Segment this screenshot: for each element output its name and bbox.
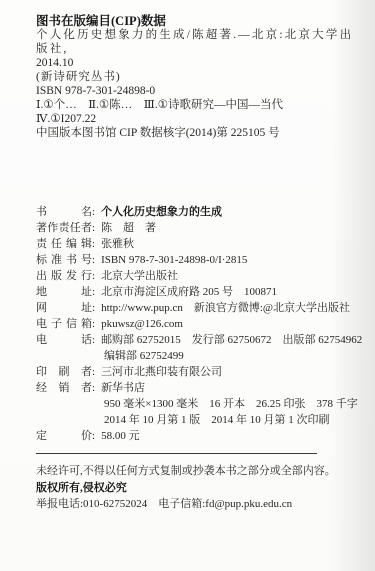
colophon-label: 定价 bbox=[36, 428, 92, 444]
colophon-label: 标准书号 bbox=[36, 252, 92, 268]
colophon-value: 三河市北燕印装有限公司 bbox=[101, 364, 222, 380]
colophon-label: 责任编辑 bbox=[36, 236, 92, 252]
colophon-colon bbox=[92, 252, 95, 268]
colophon-colon bbox=[92, 316, 95, 332]
colophon-row: 950 毫米×1300 毫米 16 开本 26.25 印张 378 千字 bbox=[36, 396, 355, 412]
copy-prohibition-notice: 未经许可,不得以任何方式复制或抄袭本书之部分或全部内容。 bbox=[36, 463, 355, 480]
colophon-label: 书名 bbox=[36, 204, 92, 220]
colophon-value: 2014 年 10 月第 1 版 2014 年 10 月第 1 次印刷 bbox=[104, 412, 330, 428]
colophon-row: 网址http://www.pup.cn 新浪官方微博:@北京大学出版社 bbox=[36, 300, 355, 316]
colophon-value: 编辑部 62752499 bbox=[104, 348, 184, 364]
colophon-row: 地址北京市海淀区成府路 205 号 100871 bbox=[36, 284, 355, 300]
colophon-row: 出版发行北京大学出版社 bbox=[36, 268, 355, 284]
colophon-row: 著作责任者陈 超 著 bbox=[36, 220, 355, 236]
colophon-colon bbox=[92, 364, 95, 380]
cip-isbn-line: ISBN 978-7-301-24898-0 bbox=[36, 84, 355, 98]
colophon-label: 印刷者 bbox=[36, 364, 92, 380]
colophon-label: 经销者 bbox=[36, 380, 92, 396]
cip-record-number: 中国版本图书馆 CIP 数据核字(2014)第 225105 号 bbox=[36, 126, 355, 140]
colophon-colon bbox=[92, 268, 95, 284]
colophon-colon bbox=[92, 204, 95, 220]
colophon-row: 标准书号ISBN 978-7-301-24898-0/I·2815 bbox=[36, 252, 355, 268]
cip-classification-line-1: Ⅰ.①个… Ⅱ.①陈… Ⅲ.①诗歌研究—中国—当代 bbox=[36, 98, 355, 112]
colophon-row: 经销者新华书店 bbox=[36, 380, 355, 396]
report-contact-line: 举报电话:010-62752024 电子信箱:fd@pup.pku.edu.cn bbox=[36, 496, 355, 513]
copyright-statement: 版权所有,侵权必究 bbox=[36, 480, 355, 497]
colophon-value: 950 毫米×1300 毫米 16 开本 26.25 印张 378 千字 bbox=[104, 396, 358, 412]
colophon-label: 地址 bbox=[36, 284, 92, 300]
colophon-colon bbox=[92, 332, 95, 348]
colophon-row: 定价58.00 元 bbox=[36, 428, 355, 444]
cip-block: 图书在版编目(CIP)数据 个人化历史想象力的生成/陈超著.—北京:北京大学出版… bbox=[36, 14, 355, 140]
colophon-row: 电话邮购部 62752015 发行部 62750672 出版部 62754962 bbox=[36, 332, 355, 348]
colophon-block: 书名个人化历史想象力的生成著作责任者陈 超 著责任编辑张雅秋标准书号ISBN 9… bbox=[36, 204, 355, 444]
colophon-value: 张雅秋 bbox=[101, 236, 134, 252]
colophon-colon bbox=[92, 236, 95, 252]
colophon-value: 邮购部 62752015 发行部 62750672 出版部 62754962 bbox=[101, 332, 362, 348]
colophon-label: 著作责任者 bbox=[36, 220, 92, 236]
colophon-value: pkuwsz@126.com bbox=[101, 316, 183, 332]
colophon-row: 电子信箱pkuwsz@126.com bbox=[36, 316, 355, 332]
colophon-value: http://www.pup.cn 新浪官方微博:@北京大学出版社 bbox=[101, 300, 350, 316]
colophon-label: 出版发行 bbox=[36, 268, 92, 284]
colophon-value: 陈 超 著 bbox=[101, 220, 156, 236]
colophon-row: 编辑部 62752499 bbox=[36, 348, 355, 364]
colophon-value: 新华书店 bbox=[101, 380, 145, 396]
colophon-row: 印刷者三河市北燕印装有限公司 bbox=[36, 364, 355, 380]
divider-rule bbox=[36, 453, 317, 454]
colophon-value: 58.00 元 bbox=[101, 428, 140, 444]
footer-block: 未经许可,不得以任何方式复制或抄袭本书之部分或全部内容。 版权所有,侵权必究 举… bbox=[36, 463, 355, 513]
colophon-value: 个人化历史想象力的生成 bbox=[101, 204, 222, 220]
cip-series-line: (新诗研究丛书) bbox=[36, 70, 355, 84]
colophon-colon bbox=[92, 284, 95, 300]
colophon-row: 书名个人化历史想象力的生成 bbox=[36, 204, 355, 220]
cip-header: 图书在版编目(CIP)数据 bbox=[36, 14, 355, 28]
cip-classification-line-2: Ⅳ.①I207.22 bbox=[36, 112, 355, 126]
colophon-value: 北京大学出版社 bbox=[101, 268, 178, 284]
colophon-colon bbox=[92, 428, 95, 444]
colophon-colon bbox=[92, 220, 95, 236]
colophon-colon bbox=[92, 380, 95, 396]
colophon-row: 2014 年 10 月第 1 版 2014 年 10 月第 1 次印刷 bbox=[36, 412, 355, 428]
book-copyright-page: 图书在版编目(CIP)数据 个人化历史想象力的生成/陈超著.—北京:北京大学出版… bbox=[0, 0, 375, 571]
colophon-row: 责任编辑张雅秋 bbox=[36, 236, 355, 252]
colophon-value: 北京市海淀区成府路 205 号 100871 bbox=[101, 284, 277, 300]
cip-year-line: 2014.10 bbox=[36, 56, 355, 70]
colophon-label: 网址 bbox=[36, 300, 92, 316]
cip-title-line: 个人化历史想象力的生成/陈超著.—北京:北京大学出版社, bbox=[36, 28, 355, 56]
colophon-label: 电子信箱 bbox=[36, 316, 92, 332]
colophon-value: ISBN 978-7-301-24898-0/I·2815 bbox=[101, 252, 247, 268]
colophon-colon bbox=[92, 300, 95, 316]
colophon-label: 电话 bbox=[36, 332, 92, 348]
